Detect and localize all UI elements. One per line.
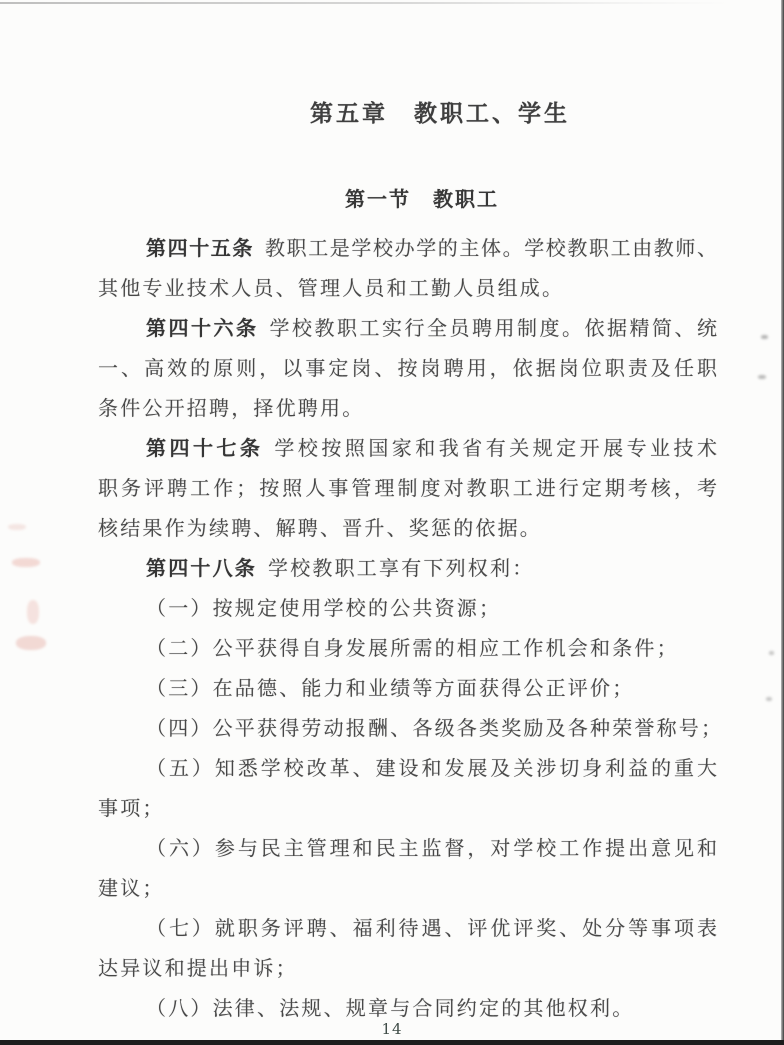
text-line: （二）公平获得自身发展所需的相应工作机会和条件； (98, 628, 718, 668)
scanned-document-page: 第五章 教职工、学生 第一节 教职工 第四十五条教职工是学校办学的主体。学校教职… (0, 0, 784, 1045)
scan-artifact-speck (761, 335, 768, 339)
line-text: 核结果作为续聘、解聘、晋升、奖惩的依据。 (98, 516, 542, 540)
text-line: （四）公平获得劳动报酬、各级各类奖励及各种荣誉称号； (98, 708, 718, 748)
text-line: 第四十五条教职工是学校办学的主体。学校教职工由教师、 (98, 228, 718, 268)
scan-artifact-speck (769, 651, 774, 655)
scan-artifact-speck (766, 697, 772, 701)
line-text: 条件公开招聘，择优聘用。 (98, 396, 364, 420)
line-text: 学校教职工实行全员聘用制度。依据精简、统 (270, 316, 719, 340)
line-text: （二）公平获得自身发展所需的相应工作机会和条件； (146, 636, 679, 660)
line-text: （六）参与民主管理和民主监督，对学校工作提出意见和 (146, 836, 718, 860)
line-text: 学校按照国家和我省有关规定开展专业技术 (274, 436, 718, 460)
text-line: （七）就职务评聘、福利待遇、评优评奖、处分等事项表 (98, 908, 718, 948)
line-text: 职务评聘工作；按照人事管理制度对教职工进行定期考核，考 (98, 476, 718, 500)
article-number: 第四十八条 (146, 556, 257, 580)
text-line: 事项； (98, 788, 718, 828)
line-text: （四）公平获得劳动报酬、各级各类奖励及各种荣誉称号； (146, 716, 723, 740)
scan-artifact-speck (758, 375, 766, 379)
line-text: 教职工是学校办学的主体。学校教职工由教师、 (265, 236, 718, 260)
line-text: 其他专业技术人员、管理人员和工勤人员组成。 (98, 276, 564, 300)
article-number: 第四十七条 (146, 436, 263, 460)
text-line: （五）知悉学校改革、建设和发展及关涉切身利益的重大 (98, 748, 718, 788)
text-line: 建议； (98, 868, 718, 908)
text-line: 职务评聘工作；按照人事管理制度对教职工进行定期考核，考 (98, 468, 718, 508)
bottom-scan-edge-line (0, 1040, 784, 1045)
line-text: （一）按规定使用学校的公共资源； (146, 596, 501, 620)
line-text: 一、高效的原则，以事定岗、按岗聘用，依据岗位职责及任职 (98, 356, 718, 380)
text-line: 第四十八条学校教职工享有下列权利： (98, 548, 718, 588)
text-line: 一、高效的原则，以事定岗、按岗聘用，依据岗位职责及任职 (98, 348, 718, 388)
text-line: 第四十六条学校教职工实行全员聘用制度。依据精简、统 (98, 308, 718, 348)
chapter-title: 第五章 教职工、学生 (130, 96, 750, 132)
article-number: 第四十五条 (146, 236, 254, 260)
line-text: （三）在品德、能力和业绩等方面获得公正评价； (146, 676, 634, 700)
line-text: 事项； (98, 796, 165, 820)
text-line: 条件公开招聘，择优聘用。 (98, 388, 718, 428)
section-title: 第一节 教职工 (112, 186, 732, 212)
line-text: 达异议和提出申诉； (98, 956, 298, 980)
article-number: 第四十六条 (146, 316, 259, 340)
article-text-block: 第四十五条教职工是学校办学的主体。学校教职工由教师、 其他专业技术人员、管理人员… (98, 228, 718, 1028)
text-line: 其他专业技术人员、管理人员和工勤人员组成。 (98, 268, 718, 308)
scan-artifact-pink (16, 636, 46, 650)
line-text: （七）就职务评聘、福利待遇、评优评奖、处分等事项表 (146, 916, 718, 940)
document-content: 第五章 教职工、学生 第一节 教职工 第四十五条教职工是学校办学的主体。学校教职… (98, 0, 718, 1028)
line-text: （八）法律、法规、规章与合同约定的其他权利。 (146, 996, 634, 1020)
text-line: （一）按规定使用学校的公共资源； (98, 588, 718, 628)
line-text: （五）知悉学校改革、建设和发展及关涉切身利益的重大 (146, 756, 718, 780)
text-line: （三）在品德、能力和业绩等方面获得公正评价； (98, 668, 718, 708)
scan-artifact-pink (8, 524, 26, 530)
scan-artifact-pink (12, 558, 40, 567)
text-line: （六）参与民主管理和民主监督，对学校工作提出意见和 (98, 828, 718, 868)
text-line: 第四十七条学校按照国家和我省有关规定开展专业技术 (98, 428, 718, 468)
line-text: 学校教职工享有下列权利： (268, 556, 534, 580)
text-line: 核结果作为续聘、解聘、晋升、奖惩的依据。 (98, 508, 718, 548)
text-line: 达异议和提出申诉； (98, 948, 718, 988)
page-number: 14 (0, 1020, 784, 1038)
scan-artifact-pink (27, 600, 39, 624)
line-text: 建议； (98, 876, 165, 900)
